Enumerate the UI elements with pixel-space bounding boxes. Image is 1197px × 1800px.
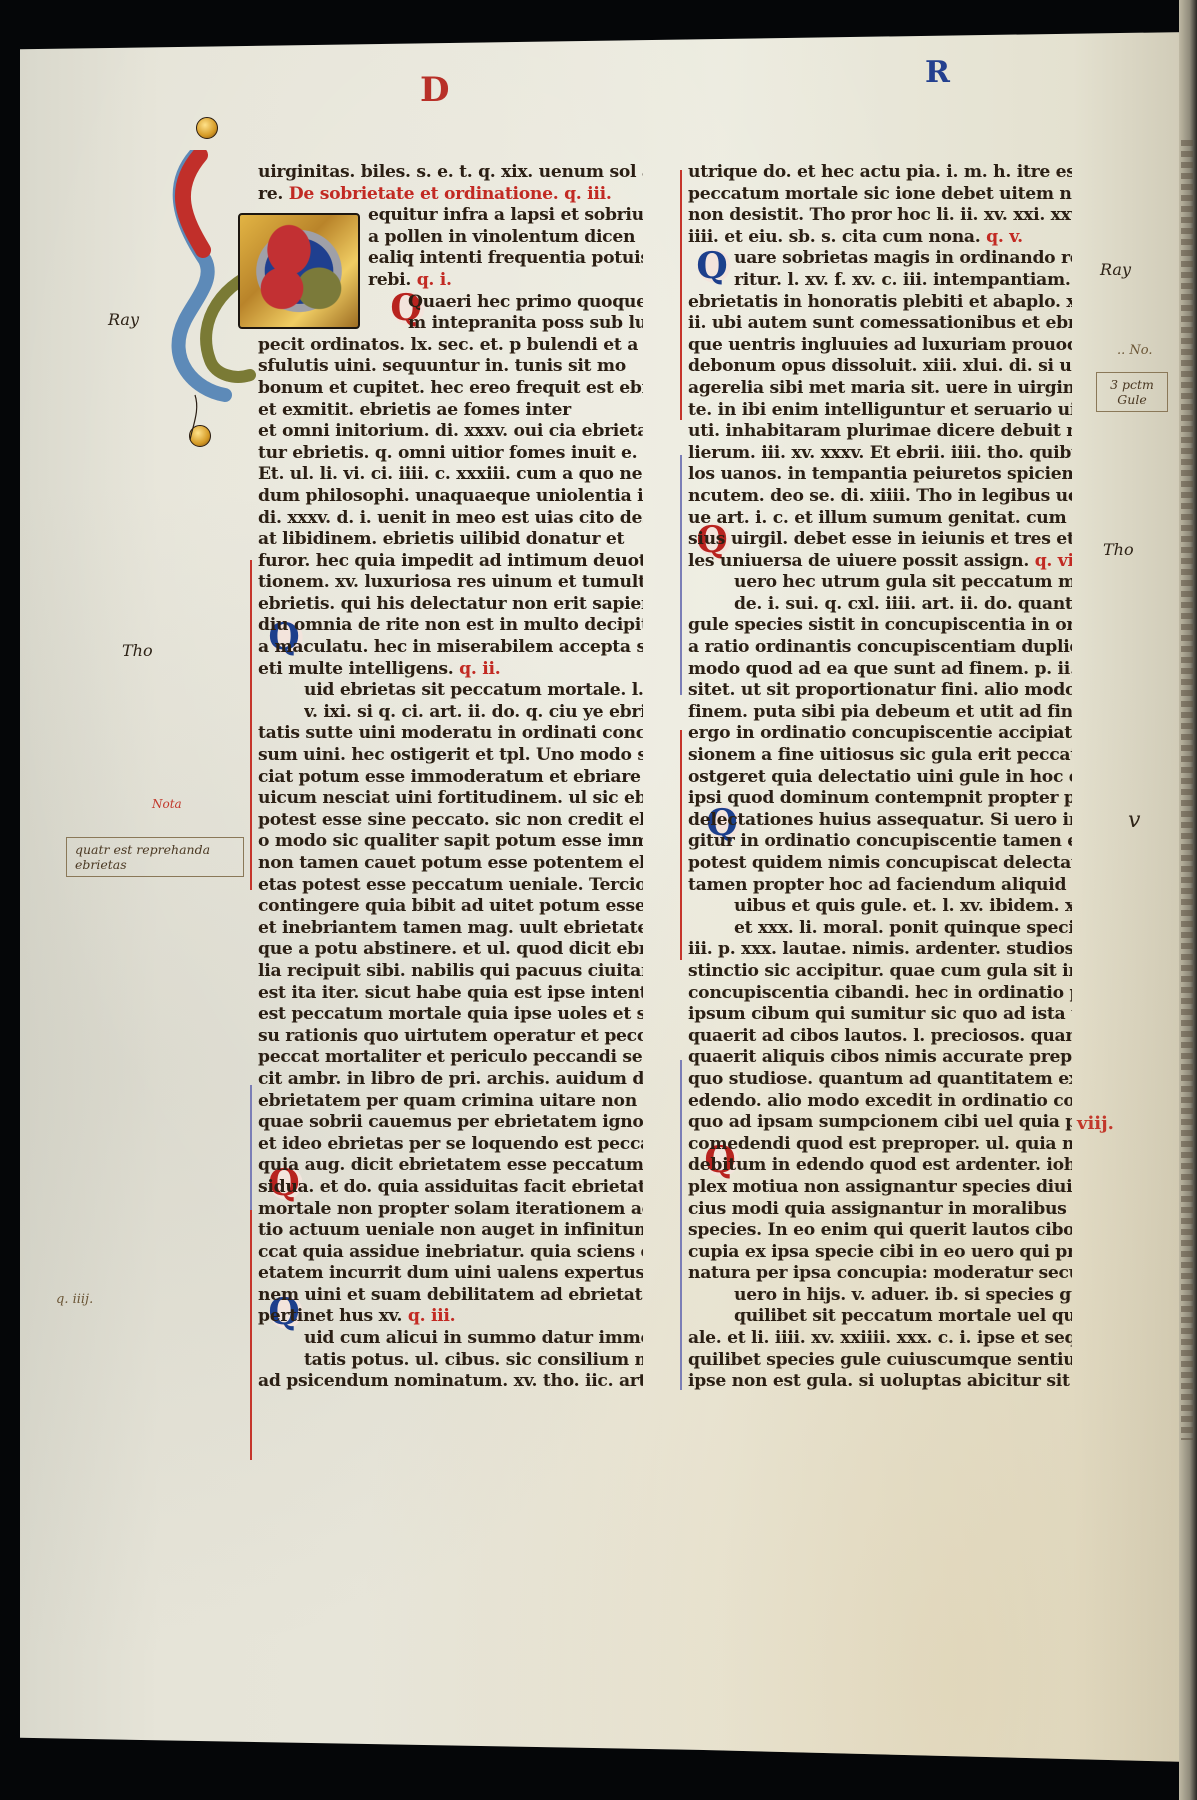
text-line: contingere quia bibit ad uitet potum ess…: [258, 896, 643, 918]
margin-boxed-note-left: quatr est reprehanda ebrietas: [66, 837, 244, 877]
text-line: gitur in ordinatio concupiscentie tamen …: [688, 831, 1072, 853]
text-line: ealiq intenti frequentia potuisse: [368, 248, 643, 270]
margin-note-nota-right: .. No.: [1117, 343, 1153, 358]
text-column-right: utrique do. et hec actu pia. i. m. h. it…: [688, 162, 1072, 1394]
text-line: diu omnia de rite non est in multo decip…: [258, 615, 643, 637]
margin-note-tho-left: Tho: [122, 641, 153, 660]
text-line: natura per ipsa concupia: moderatur secu…: [688, 1263, 1072, 1285]
text-line: ipsi quod dominum contempnit propter pre…: [688, 788, 1072, 810]
text-line: ebrietis. qui his delectatur non erit sa…: [258, 594, 643, 616]
text-line: equitur infra a lapsi et sobrium: [368, 205, 643, 227]
text-line: sum uini. hec ostigerit et tpl. Uno modo…: [258, 745, 643, 767]
margin-note-q4: q. iiij.: [56, 1292, 93, 1307]
text-line: peccatum mortale sic ione debet uitem ni…: [688, 184, 1072, 206]
text-line: ciat potum esse immoderatum et ebriare p…: [258, 767, 643, 789]
text-line: et omni initorium. di. xxxv. oui cia ebr…: [258, 421, 643, 443]
text-line: pertinet hus xv. q. iii.: [258, 1306, 643, 1328]
text-line: Quaeri hec primo quoque o: [368, 292, 643, 314]
text-line: dum philosophi. unaquaeque uniolentia ie…: [258, 486, 643, 508]
text-line: ncutem. deo se. di. xiiii. Tho in legibu…: [688, 486, 1072, 508]
text-fragment: les uniuersa de uiuere possit assign.: [688, 551, 1029, 571]
text-line: rebi. q. i.: [368, 270, 643, 292]
text-line: debitum in edendo quod est ardenter. ioh…: [688, 1155, 1072, 1177]
margin-note-v: v: [1128, 808, 1140, 833]
text-line: di. xxxv. d. i. uenit in meo est uias ci…: [258, 508, 643, 530]
text-line: comedendi quod est preproper. ul. quia n…: [688, 1134, 1072, 1156]
margin-note-ray-left: Ray: [108, 310, 139, 329]
section-q2: uid ebrietas sit peccatum mortale. l. ii…: [258, 680, 643, 723]
text-line: plex motiua non assignantur species diui…: [688, 1177, 1072, 1199]
question-label: q. iii.: [408, 1306, 455, 1326]
text-line: ergo in ordinatio concupiscentie accipia…: [688, 723, 1072, 745]
text-line: etas potest esse peccatum ueniale. Terci…: [258, 875, 643, 897]
text-line: eti multe intelligens. q. ii.: [258, 659, 643, 681]
text-line: Et. ul. li. vi. ci. iiii. c. xxxiii. cum…: [258, 464, 643, 486]
text-line: uero hec utrum gula sit peccatum mortale…: [734, 572, 1072, 594]
text-line: bonum et cupitet. hec ereo frequit est e…: [258, 378, 643, 400]
text-line: lierum. iii. xv. xxxv. Et ebrii. iiii. t…: [688, 443, 1072, 465]
text-line: ipse non est gula. si uoluptas abicitur …: [688, 1371, 1072, 1393]
text-line: peccat mortaliter et periculo peccandi s…: [258, 1047, 643, 1069]
text-fragment: rebi.: [368, 270, 411, 290]
text-line: sitet. ut sit proportionatur fini. alio …: [688, 680, 1072, 702]
margin-note-nota: Nota: [152, 797, 182, 811]
text-line: tatis potus. ul. cibus. sic consilium me…: [304, 1350, 643, 1372]
text-fragment: iiii. et eiu. sb. s. cita cum nona.: [688, 227, 980, 247]
text-line: et xxx. li. moral. ponit quinque species…: [734, 918, 1072, 940]
text-line: que a potu abstinere. et ul. quod dicit …: [258, 939, 643, 961]
text-line: a maculatu. hec in miserabilem accepta s…: [258, 637, 643, 659]
text-line: v. ixi. si q. ci. art. ii. do. q. ciu ye…: [304, 702, 643, 724]
text-line: iiii. et eiu. sb. s. cita cum nona. q. v…: [688, 227, 1072, 249]
text-line: est peccatum mortale quia ipse uoles et …: [258, 1004, 643, 1026]
text-line: quo studiose. quantum ad quantitatem exc…: [688, 1069, 1072, 1091]
text-line: mortale non propter solam iterationem ac…: [258, 1199, 643, 1221]
text-line: uare sobrietas magis in ordinando requi: [734, 248, 1072, 270]
text-line: potest quidem nimis concupiscat delectat…: [688, 853, 1072, 875]
rubric-heading: De sobrietate et ordinatione. q. iii.: [289, 184, 612, 204]
text-line: su rationis quo uirtutem operatur et pec…: [258, 1026, 643, 1048]
text-line: sfulutis uini. sequuntur in. tunis sit m…: [258, 356, 643, 378]
text-line: tamen propter hoc ad faciendum aliquid c…: [688, 875, 1072, 897]
margin-note-tho-right: Tho: [1103, 540, 1134, 559]
gold-ball-ornament-top: [196, 117, 218, 139]
text-line: quaerit ad cibos lautos. l. preciosos. q…: [688, 1026, 1072, 1048]
text-line: te. in ibi enim intelliguntur et seruari…: [688, 400, 1072, 422]
adjacent-leaf-text: [1181, 140, 1193, 1440]
adjacent-leaf-edge: [1179, 0, 1197, 1800]
text-line: potest esse sine peccato. sic non credit…: [258, 810, 643, 832]
text-line: quo ad ipsam sumpcionem cibi uel quia pr…: [688, 1112, 1072, 1134]
text-line: uid ebrietas sit peccatum mortale. l. ii…: [304, 680, 643, 702]
text-line: a pollen in vinolentum dicen: [368, 227, 643, 249]
question-label: q. ii.: [459, 659, 500, 679]
text-line: gule species sistit in concupiscentia in…: [688, 615, 1072, 637]
text-line: quilibet species gule cuiuscumque sentiu…: [688, 1350, 1072, 1372]
text-line: tio actuum ueniale non auget in infinitu…: [258, 1220, 643, 1242]
text-fragment: tamen propter hoc ad faciendum aliquid c…: [688, 875, 1072, 895]
text-line: et inebriantem tamen mag. uult ebrietate…: [258, 918, 643, 940]
top-mark-right: R: [925, 55, 950, 90]
text-line: uibus et quis gule. et. l. xv. ibidem. x…: [734, 896, 1072, 918]
text-line: m intepranita poss sub lui in: [368, 313, 643, 335]
text-line: tur ebrietis. q. omni uitior fomes inuit…: [258, 443, 643, 465]
question-label-margin: viij.: [1077, 1113, 1114, 1134]
text-line: sidua. et do. quia assiduitas facit ebri…: [258, 1177, 643, 1199]
section-q5: uare sobrietas magis in ordinando requi …: [688, 248, 1072, 291]
text-line: ostgeret quia delectatio uini gule in ho…: [688, 767, 1072, 789]
section-q3: uid cum alicui in summo datur immoderati…: [258, 1328, 643, 1371]
text-line: uirginitas. biles. s. e. t. q. xix. uenu…: [258, 162, 643, 184]
text-line: quaerit aliquis cibos nimis accurate pre…: [688, 1047, 1072, 1069]
text-line: pecit ordinatos. lx. sec. et. p bulendi …: [258, 335, 643, 357]
text-line: non desistit. Tho pror hoc li. ii. xv. x…: [688, 205, 1072, 227]
text-line: ccat quia assidue inebriatur. quia scien…: [258, 1242, 643, 1264]
text-column-left: uirginitas. biles. s. e. t. q. xix. uenu…: [258, 162, 643, 1392]
text-line: non tamen cauet potum esse potentem ebri…: [258, 853, 643, 875]
section-q8: uero in hijs. v. aduer. ib. si species g…: [688, 1285, 1072, 1328]
text-line: modo quod ad ea que sunt ad finem. p. ii…: [688, 659, 1072, 681]
text-line: utrique do. et hec actu pia. i. m. h. it…: [688, 162, 1072, 184]
text-fragment: eti multe intelligens.: [258, 659, 453, 679]
text-fragment: re.: [258, 184, 283, 204]
text-line: quilibet sit peccatum mortale uel quamqu…: [734, 1306, 1072, 1328]
text-line: que uentris ingluuies ad luxuriam prouoc…: [688, 335, 1072, 357]
text-line: cupia ex ipsa specie cibi in eo uero qui…: [688, 1242, 1072, 1264]
text-line: uti. inhabitaram plurimae dicere debuit …: [688, 421, 1072, 443]
text-fragment: pertinet hus xv.: [258, 1306, 402, 1326]
text-line: los uanos. in tempantia peiuretos spicie…: [688, 464, 1072, 486]
text-line: edendo. alio modo excedit in ordinatio c…: [688, 1091, 1072, 1113]
text-line: ipsum cibum qui sumitur sic quo ad ista …: [688, 1004, 1072, 1026]
text-line: nem uini et suam debilitatem ad ebrietat…: [258, 1285, 643, 1307]
text-line: les uniuersa de uiuere possit assign. q.…: [688, 551, 1072, 573]
section-q7: uibus et quis gule. et. l. xv. ibidem. x…: [688, 896, 1072, 939]
text-line: si sit retalia necessitate in infirmitat…: [688, 1393, 1072, 1394]
text-line: debonum opus dissoluit. xiii. xlui. di. …: [688, 356, 1072, 378]
text-line: ue art. i. c. et illum sumum genitat. cu…: [688, 508, 1072, 530]
text-line: ad psicendum nominatum. xv. tho. iic. ar…: [258, 1371, 643, 1392]
text-line: sius uirgil. debet esse in ieiunis et tr…: [688, 529, 1072, 551]
text-line: ale. et li. iiii. xv. xxiiii. xxx. c. i.…: [688, 1328, 1072, 1350]
text-line: ii. ubi autem sunt comessationibus et eb…: [688, 313, 1072, 335]
text-line: iii. p. xxx. lautae. nimis. ardenter. st…: [688, 939, 1072, 961]
text-line: uero in hijs. v. aduer. ib. si species g…: [734, 1285, 1072, 1307]
margin-boxed-note-right: 3 pctm Gule: [1096, 372, 1168, 412]
text-line: ritur. l. xv. f. xv. c. iii. intempantia…: [734, 270, 1072, 292]
text-line: quia aug. dicit ebrietatem esse peccatum…: [258, 1155, 643, 1177]
text-line: quae sobrii cauemus per ebrietatem ignor…: [258, 1112, 643, 1134]
question-label: q. i.: [417, 270, 452, 290]
section-q6: uero hec utrum gula sit peccatum mortale…: [688, 572, 1072, 615]
text-line: uicum nesciat uini fortitudinem. ul sic …: [258, 788, 643, 810]
text-line: lia recipuit sibi. nabilis qui pacuus ci…: [258, 961, 643, 983]
text-line: uid cum alicui in summo datur immoderati: [304, 1328, 643, 1350]
text-line: furor. hec quia impedit ad intimum deuot…: [258, 551, 643, 573]
text-line: et ideo ebrietas per se loquendo est pec…: [258, 1134, 643, 1156]
text-line: agerelia sibi met maria sit. uere in uir…: [688, 378, 1072, 400]
text-line: species. In eo enim qui querit lautos ci…: [688, 1220, 1072, 1242]
text-line: cit ambr. in libro de pri. archis. auidu…: [258, 1069, 643, 1091]
text-line: stinctio sic accipitur. quae cum gula si…: [688, 961, 1072, 983]
top-mark-left: D: [420, 70, 449, 110]
text-line: concupiscentia cibandi. hec in ordinatio…: [688, 983, 1072, 1005]
text-line: tionem. xv. luxuriosa res uinum et tumul…: [258, 572, 643, 594]
text-line: cius modi quia assignantur in moralibus …: [688, 1199, 1072, 1221]
text-line: sionem a fine uitiosus sic gula erit pec…: [688, 745, 1072, 767]
section-q1: equitur infra a lapsi et sobrium a polle…: [258, 205, 643, 335]
text-line: et exmitit. ebrietis ae fomes inter: [258, 400, 643, 422]
text-line: finem. puta sibi pia debeum et utit ad f…: [688, 702, 1072, 724]
text-line: a ratio ordinantis concupiscentiam dupli…: [688, 637, 1072, 659]
text-line: ebrietatis in honoratis plebiti et abapl…: [688, 292, 1072, 314]
text-line: re. De sobrietate et ordinatione. q. iii…: [258, 184, 643, 206]
margin-note-ray-right: Ray: [1100, 260, 1131, 279]
text-line: est ita iter. sicut habe quia est ipse i…: [258, 983, 643, 1005]
text-line: tatis sutte uini moderatu in ordinati co…: [258, 723, 643, 745]
text-line: ebrietatem per quam crimina uitare non p…: [258, 1091, 643, 1113]
text-line: delectationes huius assequatur. Si uero …: [688, 810, 1072, 832]
text-line: etatem incurrit dum uini ualens expertus…: [258, 1263, 643, 1285]
question-label: q. vi.: [1035, 551, 1072, 571]
text-line: de. i. sui. q. cxl. iiii. art. ii. do. q…: [734, 594, 1072, 616]
text-line: at libidinem. ebrietis uilibid donatur e…: [258, 529, 643, 551]
text-line: o modo sic qualiter sapit potum esse imm…: [258, 831, 643, 853]
question-label: q. v.: [986, 227, 1023, 247]
